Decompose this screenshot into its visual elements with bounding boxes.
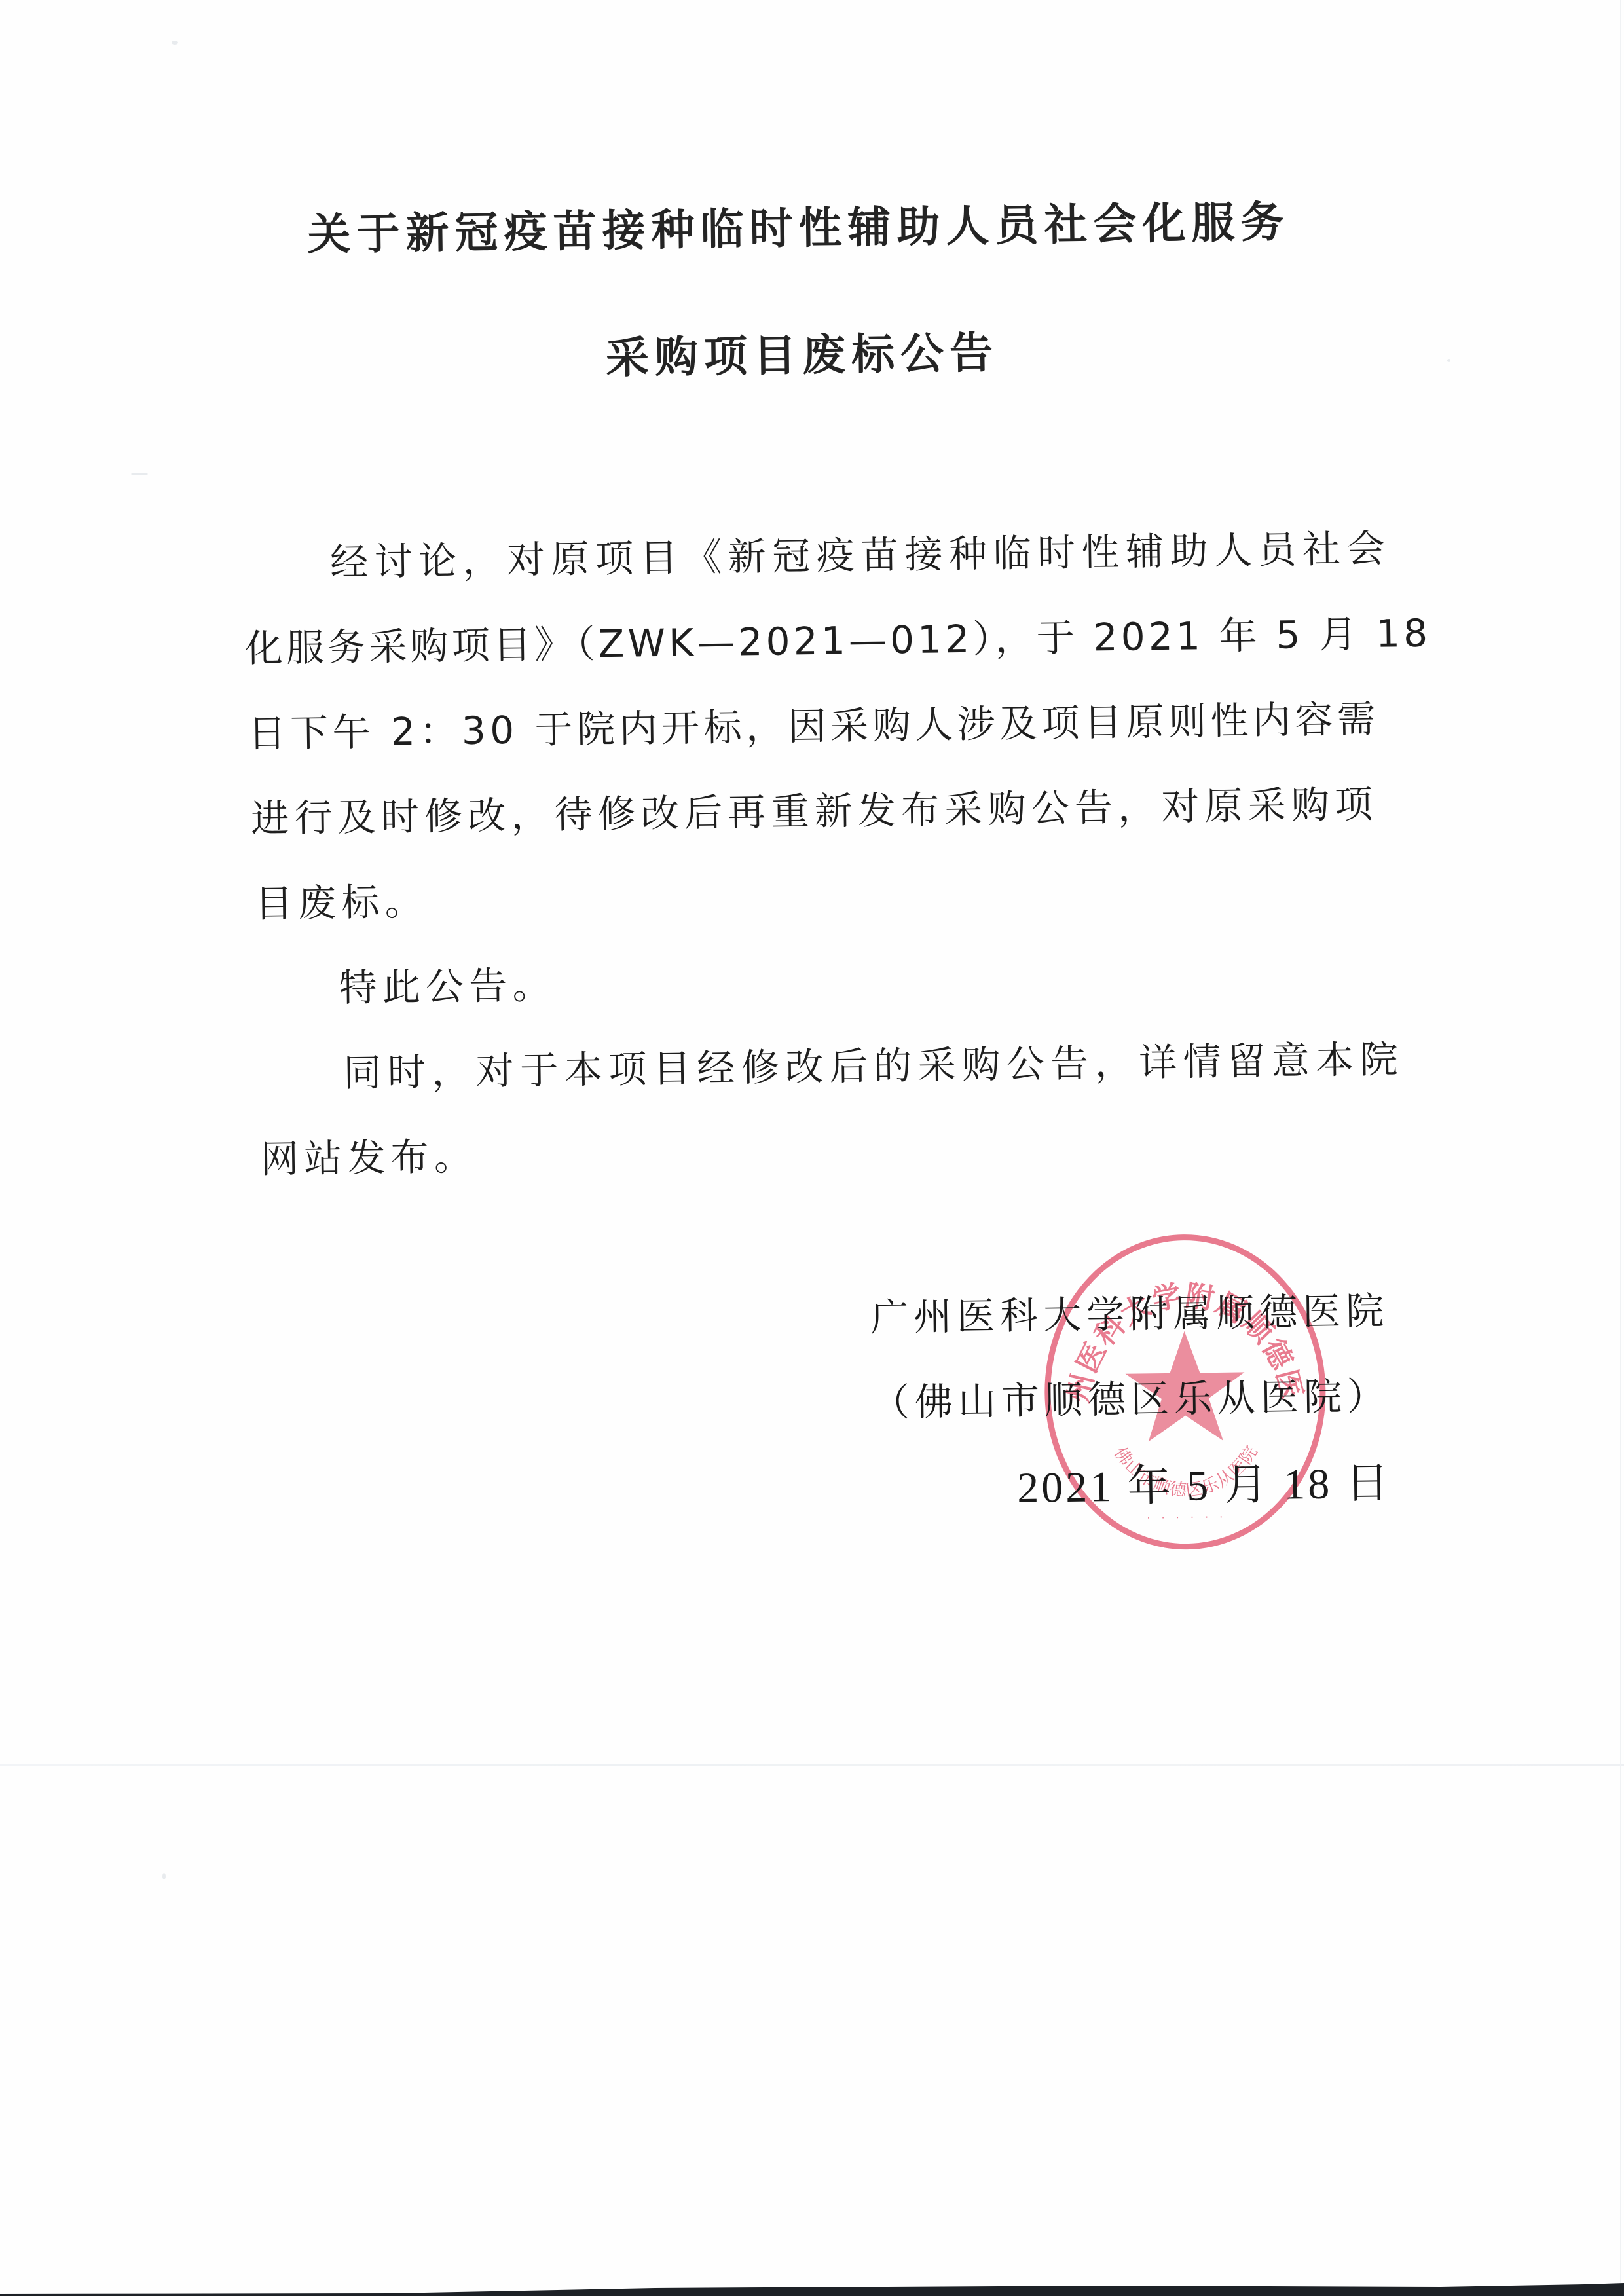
- body-line: 目废标。: [255, 883, 429, 923]
- scan-speck: [1447, 359, 1450, 362]
- scan-speck: [172, 41, 178, 45]
- body-paragraph: 经讨论，对原项目《新冠疫苗接种临时性辅助人员社会 化服务采购项目》（ZWK—20…: [0, 0, 1613, 10]
- scanned-page: 关于新冠疫苗接种临时性辅助人员社会化服务 采购项目废标公告 经讨论，对原项目《新…: [0, 0, 1624, 2296]
- signature-block: 广州医科大学附属顺德医院 （佛山市顺德区乐从医院） 2021 年 5 月 18 …: [0, 0, 1613, 10]
- signature-organization-alias: （佛山市顺德区乐从医院）: [872, 1377, 1391, 1422]
- scanner-bottom-edge: [0, 2280, 1624, 2296]
- body-line: 进行及时修改，待修改后再重新发布采购公告，对原采购项: [251, 785, 1378, 838]
- title-line-1: 关于新冠疫苗接种临时性辅助人员社会化服务: [307, 200, 1290, 257]
- svg-text:· · · · · ·: · · · · · ·: [1147, 1511, 1227, 1525]
- closing-line: 特此公告。: [339, 966, 556, 1007]
- scan-right-edge: [1620, 0, 1621, 2296]
- body-line: 日下午 2：30 于院内开标，因采购人涉及项目原则性内容需: [248, 700, 1380, 753]
- body-line: 网站发布。: [261, 1138, 478, 1178]
- title-line-2: 采购项目废标公告: [606, 331, 999, 380]
- scan-fold-line: [0, 1764, 1624, 1766]
- scan-speck: [162, 1873, 166, 1879]
- body-line: 同时，对于本项目经修改后的采购公告，详情留意本院: [343, 1040, 1405, 1092]
- signature-organization: 广州医科大学附属顺德医院: [870, 1292, 1390, 1337]
- body-line: 化服务采购项目》（ZWK—2021—012），于 2021 年 5 月 18: [244, 614, 1431, 668]
- signature-date: 2021 年 5 月 18 日: [1017, 1462, 1392, 1510]
- document-content: 关于新冠疫苗接种临时性辅助人员社会化服务 采购项目废标公告 经讨论，对原项目《新…: [0, 0, 1624, 1713]
- body-line: 经讨论，对原项目《新冠疫苗接种临时性辅助人员社会: [330, 529, 1392, 581]
- scan-speck: [131, 473, 148, 475]
